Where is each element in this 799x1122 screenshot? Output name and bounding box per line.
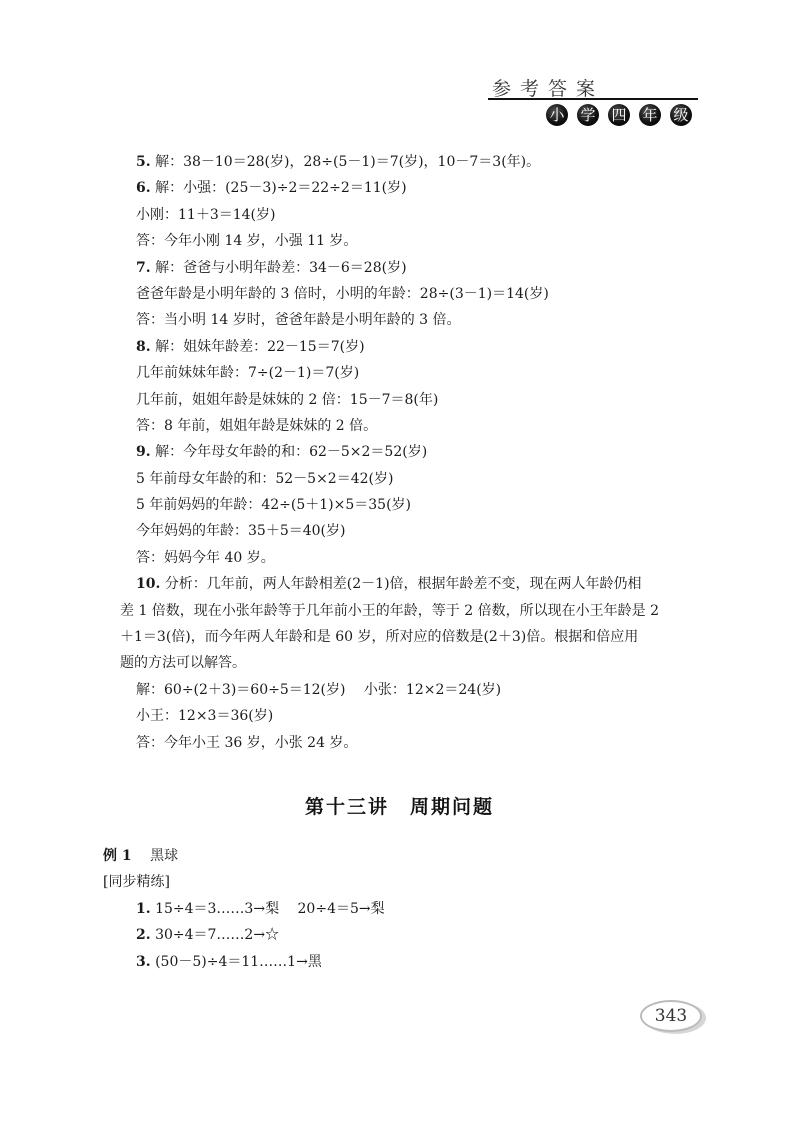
answer-line: 答：8 年前，姐姐年龄是妹妹的 2 倍。 [136,413,696,439]
answer-line: 答：妈妈今年 40 岁。 [136,545,696,571]
answer-8: 8. 解：姐妹年龄差：22－15＝7(岁) [136,334,696,360]
answer-line: 题的方法可以解答。 [120,650,696,676]
item-text: (50－5)÷4＝11……1→黑 [155,954,322,970]
answer-line: 答：今年小王 36 岁，小张 24 岁。 [136,730,696,756]
answer-number: 6. [136,180,151,196]
practice-item: 2. 30÷4＝7……2→☆ [103,922,385,948]
grade-badge: 学 [577,104,599,126]
answer-number: 8. [136,339,151,355]
practice-item: 1. 15÷4＝3……3→梨 20÷4＝5→梨 [103,896,385,922]
answer-line: 爸爸年龄是小明年龄的 3 倍时，小明的年龄：28÷(3－1)＝14(岁) [136,281,696,307]
answer-number: 10. [136,576,160,592]
example-answer: 黑球 [150,848,178,864]
grade-badge: 小 [546,104,568,126]
answer-9: 9. 解：今年母女年龄的和：62－5×2＝52(岁) [136,439,696,465]
practice-section: 例 1 黑球 [同步精练] 1. 15÷4＝3……3→梨 20÷4＝5→梨 2.… [103,843,385,975]
answer-line: 几年前妹妹年龄：7÷(2－1)＝7(岁) [136,360,696,386]
header-title: 参考答案 [492,74,604,101]
item-text: 30÷4＝7……2→☆ [155,927,279,943]
chapter-title: 第十三讲 周期问题 [0,792,799,819]
example-label: 例 1 [103,848,132,864]
answer-line: ＋1＝3(倍)，而今年两人年龄和是 60 岁，所对应的倍数是(2＋3)倍。根据和… [120,624,696,650]
answer-5: 5. 解：38－10＝28(岁)，28÷(5－1)＝7(岁)，10－7＝3(年)… [136,149,696,175]
answer-line: 小刚：11＋3＝14(岁) [136,202,696,228]
answer-line: 几年前，姐姐年龄是妹妹的 2 倍：15－7＝8(年) [136,387,696,413]
answer-7: 7. 解：爸爸与小明年龄差：34－6＝28(岁) [136,255,696,281]
answer-list: 5. 解：38－10＝28(岁)，28÷(5－1)＝7(岁)，10－7＝3(年)… [136,149,696,756]
answer-line: 小王：12×3＝36(岁) [136,703,696,729]
answer-line: 5 年前母女年龄的和：52－5×2＝42(岁) [136,466,696,492]
answer-10: 10. 分析：几年前，两人年龄相差(2－1)倍，根据年龄差不变，现在两人年龄仍相 [136,571,696,597]
answer-line: 解：爸爸与小明年龄差：34－6＝28(岁) [155,260,406,276]
item-number: 3. [136,954,151,970]
answer-line: 分析：几年前，两人年龄相差(2－1)倍，根据年龄差不变，现在两人年龄仍相 [165,576,642,592]
item-text: 15÷4＝3……3→梨 20÷4＝5→梨 [155,901,385,917]
grade-badge: 级 [670,104,692,126]
grade-badge: 年 [639,104,661,126]
answer-line: 解：今年母女年龄的和：62－5×2＝52(岁) [155,444,427,460]
header-rule [488,98,698,100]
answer-line: 解：小强：(25－3)÷2＝22÷2＝11(岁) [155,180,406,196]
answer-line: 答：今年小刚 14 岁，小强 11 岁。 [136,228,696,254]
answer-number: 7. [136,260,151,276]
practice-heading: [同步精练] [103,869,385,895]
example-1: 例 1 黑球 [103,843,385,869]
page-number: 343 [640,1000,702,1032]
answer-line: 答：当小明 14 岁时，爸爸年龄是小明年龄的 3 倍。 [136,307,696,333]
answer-line: 差 1 倍数，现在小张年龄等于几年前小王的年龄，等于 2 倍数，所以现在小王年龄… [120,598,696,624]
answer-line: 解：姐妹年龄差：22－15＝7(岁) [155,339,364,355]
answer-line: 5 年前妈妈的年龄：42÷(5＋1)×5＝35(岁) [136,492,696,518]
item-number: 2. [136,927,151,943]
practice-item: 3. (50－5)÷4＝11……1→黑 [103,949,385,975]
answer-number: 9. [136,444,151,460]
answer-line: 解：60÷(2＋3)＝60÷5＝12(岁) 小张：12×2＝24(岁) [136,677,696,703]
grade-badge: 四 [608,104,630,126]
answer-line: 今年妈妈的年龄：35＋5＝40(岁) [136,518,696,544]
answer-6: 6. 解：小强：(25－3)÷2＝22÷2＝11(岁) [136,175,696,201]
item-number: 1. [136,901,151,917]
grade-label: 小 学 四 年 级 [546,104,692,126]
answer-line: 解：38－10＝28(岁)，28÷(5－1)＝7(岁)，10－7＝3(年)。 [155,154,540,170]
answer-number: 5. [136,154,151,170]
